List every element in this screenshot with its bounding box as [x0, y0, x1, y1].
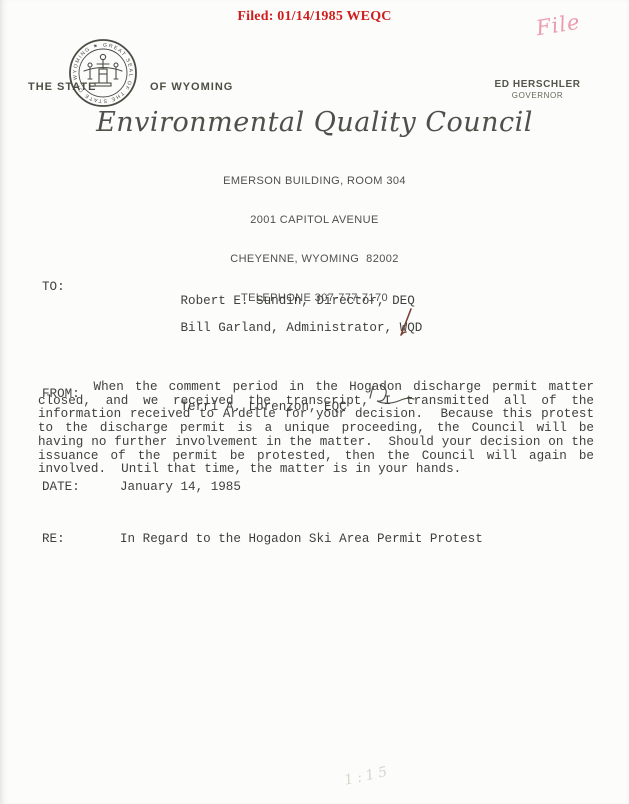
- date-label: DATE:: [42, 481, 120, 495]
- to-recipient-2-org: WQD: [400, 322, 423, 336]
- re-label: RE:: [42, 533, 120, 547]
- governor-name: ED HERSCHLER: [480, 79, 595, 90]
- state-right-text: OF WYOMING: [150, 81, 233, 93]
- memo-re-row: RE: In Regard to the Hogadon Ski Area Pe…: [42, 533, 602, 547]
- to-value: Robert E. Sundin, Director, DEQ Bill Gar…: [120, 281, 422, 349]
- address-line-2: 2001 CAPITOL AVENUE: [0, 214, 629, 227]
- wyoming-state-seal-icon: GREAT SEAL OF THE STATE OF WYOMING ★: [68, 38, 138, 108]
- letter-body: When the comment period in the Hogadon d…: [38, 381, 594, 477]
- date-value: January 14, 1985: [120, 481, 241, 495]
- agency-title: Environmental Quality Council: [0, 107, 629, 138]
- address-line-1: EMERSON BUILDING, ROOM 304: [0, 175, 629, 188]
- letter-page: Filed: 01/14/1985 WEQC File THE STATE GR…: [0, 0, 629, 804]
- to-recipient-1: Robert E. Sundin, Director, DEQ: [180, 294, 414, 308]
- faint-pencil-note: 1:15: [343, 763, 393, 789]
- re-value: In Regard to the Hogadon Ski Area Permit…: [120, 533, 483, 547]
- memo-to-row: TO: Robert E. Sundin, Director, DEQ Bill…: [42, 281, 602, 349]
- svg-text:GREAT SEAL OF THE STATE OF WYO: GREAT SEAL OF THE STATE OF WYOMING ★: [72, 42, 133, 103]
- memo-date-row: DATE: January 14, 1985: [42, 481, 602, 495]
- governor-block: ED HERSCHLER GOVERNOR: [480, 79, 595, 100]
- to-label: TO:: [42, 281, 120, 295]
- to-recipient-2: Bill Garland, Administrator,: [180, 321, 399, 335]
- governor-title: GOVERNOR: [480, 91, 595, 100]
